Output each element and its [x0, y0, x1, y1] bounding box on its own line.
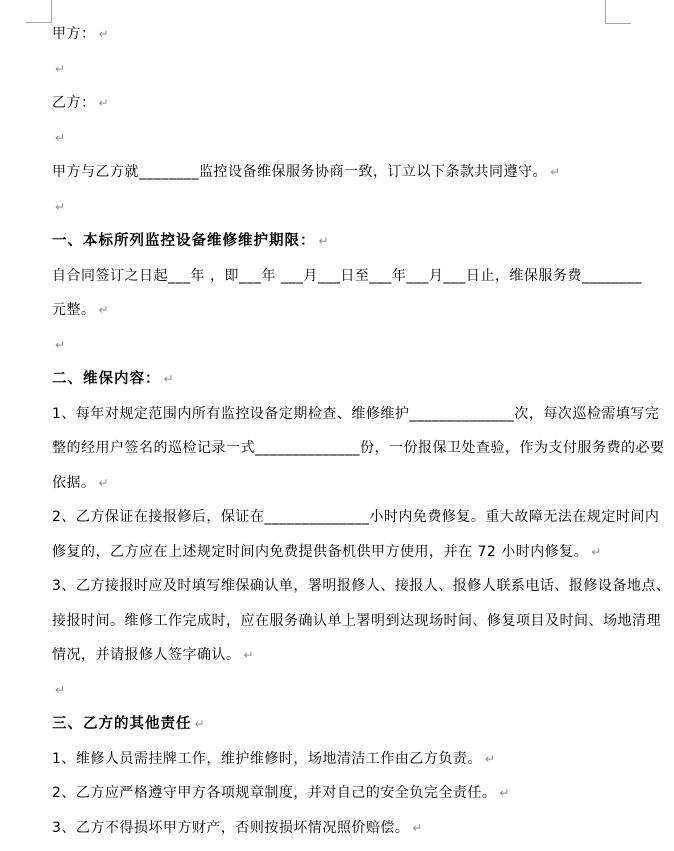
pilcrow-mark: ↵ [412, 821, 422, 835]
line-text: 一、本标所列监控设备维修维护期限： [52, 233, 316, 249]
pilcrow-mark: ↵ [99, 476, 109, 490]
item-3-2-line: 2、乙方应严格遵守甲方各项规章制度，并对自己的安全负完全责任。↵ [52, 776, 608, 811]
line-text: 接报时间。维修工作完成时，应在服务确认单上署明到达现场时间、修复项目及时间、场地… [52, 613, 661, 629]
line-text: 自合同签订之日起___年 ，即___年 ___月___日至___年___月___… [52, 268, 642, 284]
line-text: 二、维保内容： [52, 371, 161, 387]
pilcrow-mark: ↵ [99, 303, 109, 317]
pilcrow-mark: ↵ [99, 27, 109, 41]
pilcrow-mark: ↵ [55, 62, 65, 76]
pilcrow-mark: ↵ [550, 165, 560, 179]
empty-line: ↵ [52, 673, 608, 708]
empty-line: ↵ [52, 328, 608, 363]
term-line-1: 自合同签订之日起___年 ，即___年 ___月___日至___年___月___… [52, 259, 608, 294]
item-2-1-line-3: 依据。↵ [52, 466, 608, 501]
line-text: 1、每年对规定范围内所有监控设备定期检查、维修维护______________次… [52, 406, 659, 422]
pilcrow-mark: ↵ [319, 234, 329, 248]
line-text: 依据。 [52, 475, 96, 491]
item-2-1-line-1: 1、每年对规定范围内所有监控设备定期检查、维修维护______________次… [52, 397, 608, 432]
crop-mark-top-right-horizontal [605, 23, 631, 24]
pilcrow-mark: ↵ [55, 131, 65, 145]
line-text: 1、维修人员需挂牌工作，维护维修时，场地清洁工作由乙方负责。 [52, 751, 482, 767]
empty-line: ↵ [52, 52, 608, 87]
line-text: 修复的，乙方应在上述规定时间内免费提供备机供甲方使用，并在 72 小时内修复。 [52, 544, 588, 560]
line-text: 甲方： [52, 26, 96, 42]
line-text: 三、乙方的其他责任 [52, 716, 192, 732]
pilcrow-mark: ↵ [55, 338, 65, 352]
section-3-heading: 三、乙方的其他责任↵ [52, 707, 608, 742]
item-2-2-line-2: 修复的，乙方应在上述规定时间内免费提供备机供甲方使用，并在 72 小时内修复。↵ [52, 535, 608, 570]
line-text: 3、乙方接报时应及时填写维保确认单，署明报修人、接报人、报修人联系电话、报修设备… [52, 578, 670, 594]
document-body[interactable]: 甲方：↵ ↵ 乙方：↵ ↵ 甲方与乙方就________监控设备维保服务协商一致… [52, 17, 608, 845]
item-2-1-line-2: 整的经用户签名的巡检记录一式______________份，一份报保卫处查验，作… [52, 431, 608, 466]
item-2-3-line-2: 接报时间。维修工作完成时，应在服务确认单上署明到达现场时间、修复项目及时间、场地… [52, 604, 608, 639]
line-text: 元整。 [52, 302, 96, 318]
preamble-line: 甲方与乙方就________监控设备维保服务协商一致，订立以下条款共同遵守。↵ [52, 155, 608, 190]
line-text: 整的经用户签名的巡检记录一式______________份，一份报保卫处查验，作… [52, 440, 665, 456]
line-text: 情况，并请报修人签字确认。 [52, 647, 241, 663]
empty-line: ↵ [52, 121, 608, 156]
pilcrow-mark: ↵ [195, 717, 205, 731]
document-page[interactable]: 甲方：↵ ↵ 乙方：↵ ↵ 甲方与乙方就________监控设备维保服务协商一致… [0, 0, 674, 851]
empty-line: ↵ [52, 190, 608, 225]
pilcrow-mark: ↵ [499, 786, 509, 800]
party-b-line: 乙方：↵ [52, 86, 608, 121]
line-text: 乙方： [52, 95, 96, 111]
line-text: 甲方与乙方就________监控设备维保服务协商一致，订立以下条款共同遵守。 [52, 164, 547, 180]
term-line-2: 元整。↵ [52, 293, 608, 328]
pilcrow-mark: ↵ [164, 372, 174, 386]
section-1-heading: 一、本标所列监控设备维修维护期限：↵ [52, 224, 608, 259]
line-text: 3、乙方不得损坏甲方财产，否则按损坏情况照价赔偿。 [52, 820, 409, 836]
item-2-3-line-3: 情况，并请报修人签字确认。↵ [52, 638, 608, 673]
pilcrow-mark: ↵ [591, 545, 601, 559]
pilcrow-mark: ↵ [99, 96, 109, 110]
party-a-line: 甲方：↵ [52, 17, 608, 52]
line-text: 2、乙方保证在接报修后，保证在______________小时内免费修复。重大故… [52, 509, 659, 525]
line-text: 2、乙方应严格遵守甲方各项规章制度，并对自己的安全负完全责任。 [52, 785, 496, 801]
item-2-2-line-1: 2、乙方保证在接报修后，保证在______________小时内免费修复。重大故… [52, 500, 608, 535]
pilcrow-mark: ↵ [244, 648, 254, 662]
item-3-3-line: 3、乙方不得损坏甲方财产，否则按损坏情况照价赔偿。↵ [52, 811, 608, 846]
pilcrow-mark: ↵ [55, 683, 65, 697]
crop-mark-top-left-horizontal [25, 22, 52, 23]
section-2-heading: 二、维保内容：↵ [52, 362, 608, 397]
pilcrow-mark: ↵ [485, 752, 495, 766]
item-3-1-line: 1、维修人员需挂牌工作，维护维修时，场地清洁工作由乙方负责。↵ [52, 742, 608, 777]
pilcrow-mark: ↵ [55, 200, 65, 214]
item-2-3-line-1: 3、乙方接报时应及时填写维保确认单，署明报修人、接报人、报修人联系电话、报修设备… [52, 569, 608, 604]
